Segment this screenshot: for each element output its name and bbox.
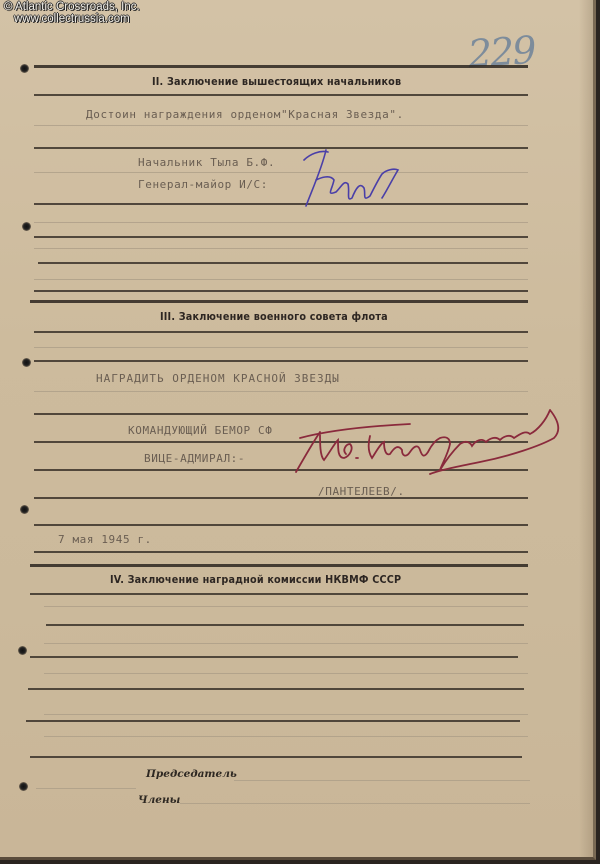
divider: [34, 236, 528, 238]
members-label: Члены: [138, 794, 180, 806]
chairman-signature-line: [234, 780, 530, 781]
section-3-signer-rank: ВИЦЕ-АДМИРАЛ:-: [144, 452, 245, 465]
signature-section-2: [298, 140, 418, 220]
divider: [30, 656, 518, 658]
divider: [34, 551, 528, 553]
divider: [30, 756, 522, 758]
signature-section-3: [290, 400, 580, 480]
divider: [30, 564, 528, 567]
punch-hole: [20, 505, 29, 514]
watermark-url: www.collectrussia.com: [4, 13, 140, 25]
punch-hole: [22, 358, 31, 367]
section-3-title: III. Заключение военного совета флота: [160, 311, 388, 323]
divider: [28, 688, 524, 690]
divider: [34, 94, 528, 96]
punch-hole: [18, 646, 27, 655]
divider: [34, 290, 528, 292]
watermark: © Atlantic Crossroads, Inc. www.collectr…: [4, 1, 140, 25]
section-4-title: IV. Заключение наградной комиссии НКВМФ …: [110, 574, 401, 586]
chairman-label: Председатель: [146, 768, 237, 780]
divider: [26, 720, 520, 722]
divider: [34, 391, 528, 392]
section-2-conclusion: Достоин награждения орденом"Красная Звез…: [86, 108, 404, 121]
divider: [34, 172, 528, 173]
divider: [34, 222, 528, 223]
divider: [44, 606, 528, 607]
divider: [34, 65, 528, 68]
punch-hole: [22, 222, 31, 231]
document-page: © Atlantic Crossroads, Inc. www.collectr…: [0, 0, 596, 860]
divider: [34, 331, 528, 333]
divider: [38, 262, 528, 264]
divider: [34, 497, 528, 499]
page-number: 229: [467, 28, 536, 77]
divider: [34, 347, 528, 348]
divider: [34, 125, 528, 126]
punch-hole: [19, 782, 28, 791]
punch-hole: [20, 64, 29, 73]
watermark-copyright: © Atlantic Crossroads, Inc.: [4, 1, 140, 13]
section-3-date: 7 мая 1945 г.: [58, 533, 152, 546]
divider: [44, 643, 528, 644]
divider: [44, 673, 528, 674]
divider: [36, 788, 136, 789]
divider: [34, 524, 528, 526]
divider: [30, 300, 528, 303]
section-3-signer-title: КОМАНДУЮЩИЙ БЕМОР СФ: [128, 424, 272, 437]
divider: [34, 147, 528, 149]
members-signature-line: [180, 803, 530, 804]
divider: [30, 593, 528, 595]
section-3-decision: НАГРАДИТЬ ОРДЕНОМ КРАСНОЙ ЗВЕЗДЫ: [96, 372, 340, 385]
divider: [46, 624, 524, 626]
divider: [44, 714, 528, 715]
divider: [34, 248, 528, 249]
section-2-title: II. Заключение вышестоящих начальников: [152, 76, 401, 88]
section-2-signer-title: Начальник Тыла Б.Ф.: [138, 156, 275, 169]
divider: [34, 279, 528, 280]
divider: [34, 203, 528, 205]
divider: [44, 736, 528, 737]
section-2-signer-rank: Генерал-майор И/С:: [138, 178, 268, 191]
divider: [34, 360, 528, 362]
